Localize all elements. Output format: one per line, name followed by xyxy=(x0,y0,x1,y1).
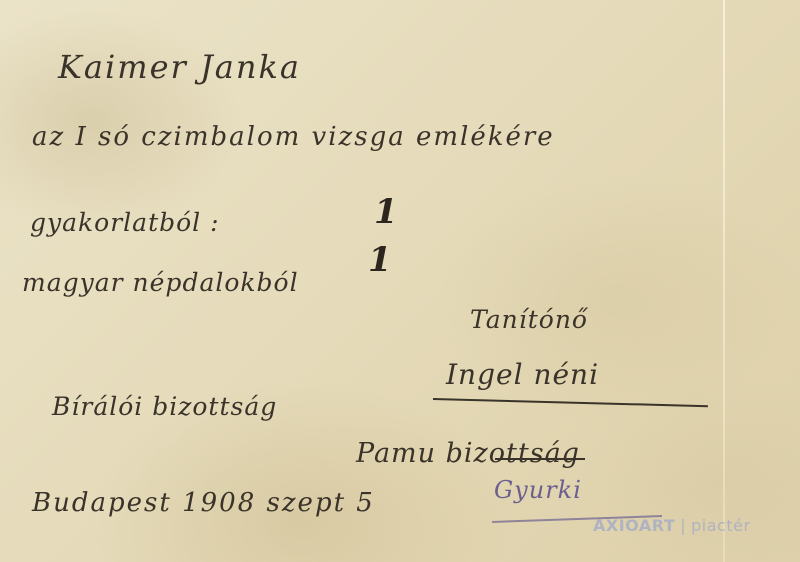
watermark-brand: AXIOART xyxy=(593,516,675,535)
strikethrough-mark xyxy=(495,458,585,460)
handwritten-certificate: Kaimer Janka az I só czimbalom vizsga em… xyxy=(0,0,800,562)
grade-value-practice: 1 xyxy=(374,192,398,232)
paper-fold-line xyxy=(723,0,725,562)
teacher-signature: Ingel néni xyxy=(446,358,599,391)
watermark-logo: AXIOART|piactér xyxy=(593,516,751,535)
grade-value-folksongs: 1 xyxy=(368,240,392,280)
place-date: Budapest 1908 szept 5 xyxy=(32,488,375,518)
recipient-name: Kaimer Janka xyxy=(58,48,301,86)
committee-signature: Pamu bizottság xyxy=(356,438,580,469)
committee-label: Bírálói bizottság xyxy=(52,392,277,421)
pencil-signature: Gyurki xyxy=(494,476,582,504)
occasion-line: az I só czimbalom vizsga emlékére xyxy=(32,122,555,152)
grade-subject-folksongs: magyar népdalokból xyxy=(22,268,299,297)
teacher-underline xyxy=(433,398,708,407)
watermark-separator: | xyxy=(680,516,686,535)
teacher-label: Tanítónő xyxy=(470,305,588,334)
grade-subject-practice: gyakorlatból : xyxy=(30,208,220,237)
watermark-sub: piactér xyxy=(691,516,750,535)
